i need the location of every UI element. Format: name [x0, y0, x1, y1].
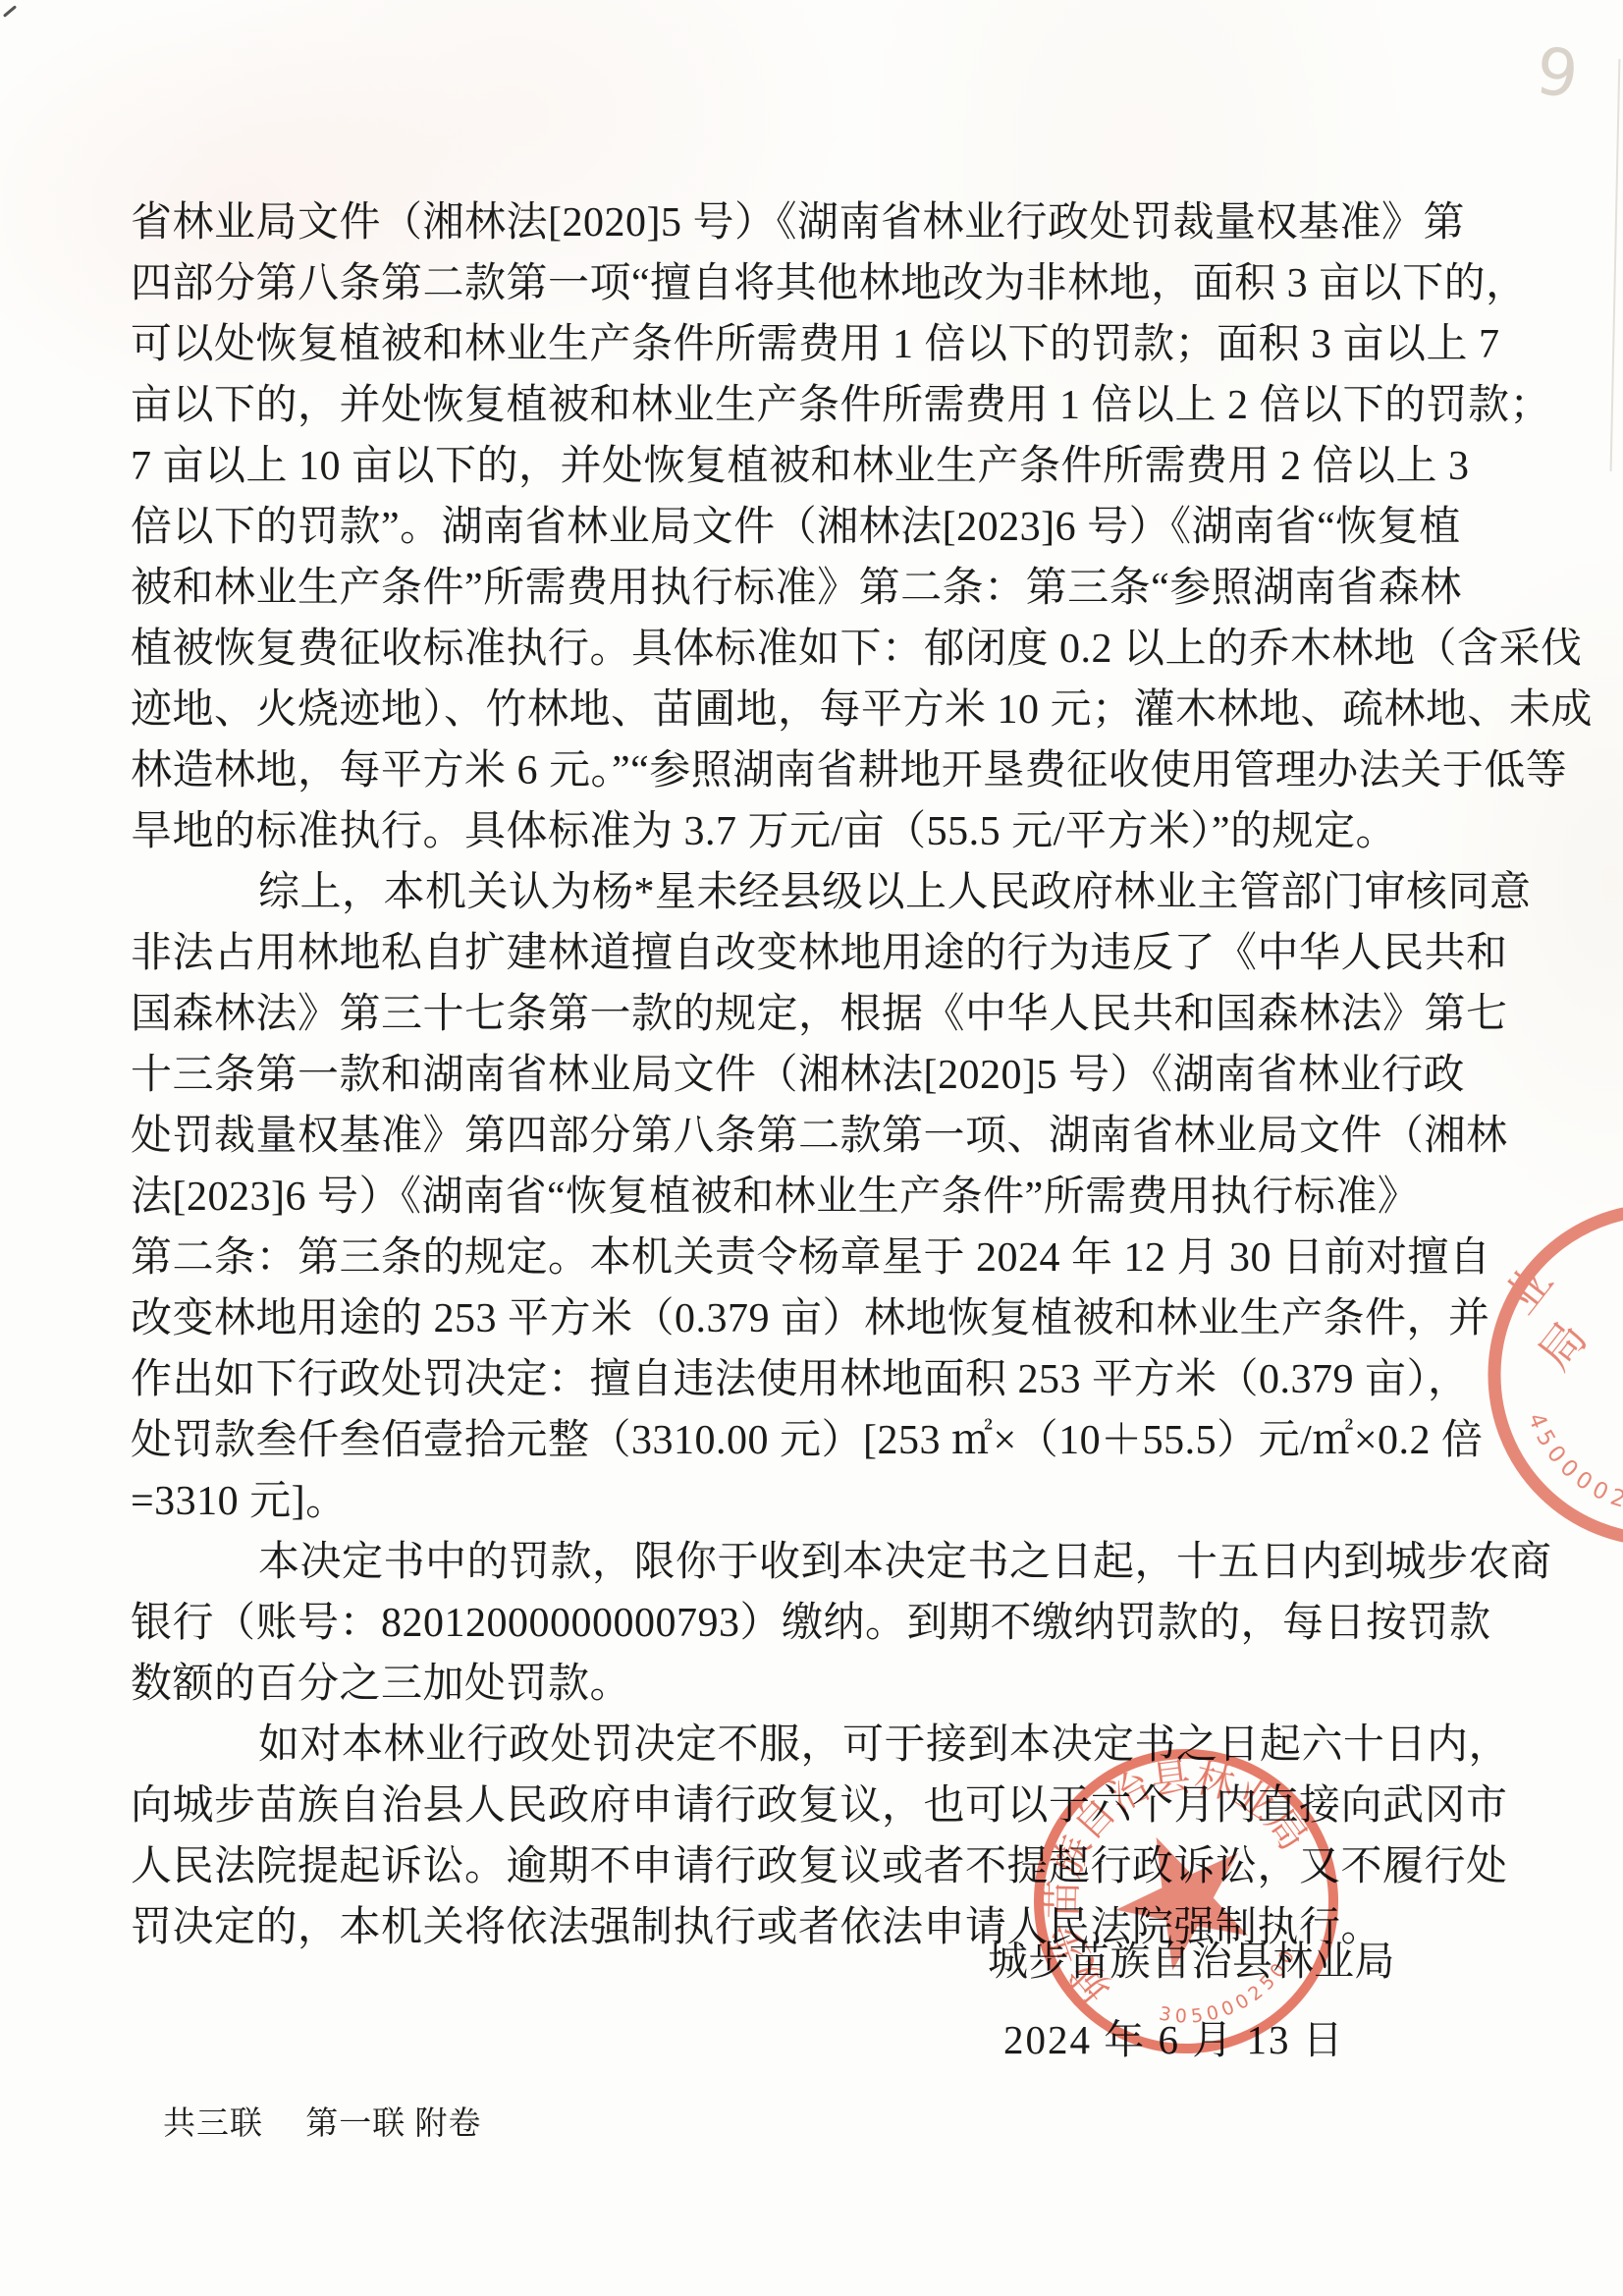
body-line: 7 亩以上 10 亩以下的，并处恢复植被和林业生产条件所需费用 2 倍以上 3	[131, 436, 1500, 497]
scan-corner-mark	[3, 5, 17, 18]
body-line: 可以处恢复植被和林业生产条件所需费用 1 倍以下的罚款；面积 3 亩以上 7	[131, 314, 1500, 375]
body-line: 综上，本机关认为杨*星未经县级以上人民政府林业主管部门审核同意	[131, 862, 1500, 923]
body-line: 林造林地，每平方米 6 元。”“参照湖南省耕地开垦费征收使用管理办法关于低等	[131, 740, 1500, 801]
issuing-authority-signature: 城步苗族自治县林业局	[988, 1929, 1395, 1987]
decision-date: 2024 年 6 月 13 日	[1003, 2007, 1345, 2065]
body-text: 省林业局文件（湘林法[2020]5 号）《湖南省林业行政处罚裁量权基准》第四部分…	[131, 192, 1500, 1958]
body-line: 处罚款叁仟叁佰壹拾元整（3310.00 元）[253 ㎡×（10＋55.5）元/…	[131, 1410, 1500, 1471]
body-line: 改变林地用途的 253 平方米（0.379 亩）林地恢复植被和林业生产条件，并	[131, 1288, 1500, 1349]
body-line: 处罚裁量权基准》第四部分第八条第二款第一项、湖南省林业局文件（湘林	[131, 1106, 1500, 1167]
body-line: 植被恢复费征收标准执行。具体标准如下：郁闭度 0.2 以上的乔木林地（含采伐	[131, 619, 1500, 680]
edge-seal-char-1: 业	[1495, 1257, 1563, 1324]
body-line: 第二条：第三条的规定。本机关责令杨章星于 2024 年 12 月 30 日前对擅…	[131, 1228, 1500, 1288]
body-line: 四部分第八条第二款第一项“擅自将其他林地改为非林地，面积 3 亩以下的，	[131, 253, 1500, 314]
scanned-document-page: 9 省林业局文件（湘林法[2020]5 号）《湖南省林业行政处罚裁量权基准》第四…	[0, 0, 1623, 2296]
body-line: 被和林业生产条件”所需费用执行标准》第二条：第三条“参照湖南省森林	[131, 558, 1500, 619]
edge-seal-char-2: 局	[1530, 1313, 1597, 1380]
body-line: 国森林法》第三十七条第一款的规定，根据《中华人民共和国森林法》第七	[131, 984, 1500, 1045]
body-line: 旱地的标准执行。具体标准为 3.7 万元/亩（55.5 元/平方米）”的规定。	[131, 801, 1500, 862]
body-line: 如对本林业行政处罚决定不服，可于接到本决定书之日起六十日内，	[131, 1715, 1500, 1776]
body-line: 人民法院提起诉讼。逾期不申请行政复议或者不提起行政诉讼，又不履行处	[131, 1836, 1500, 1897]
body-line: 省林业局文件（湘林法[2020]5 号）《湖南省林业行政处罚裁量权基准》第	[131, 192, 1500, 253]
page-edge-shadow	[1610, 59, 1621, 471]
body-line: 十三条第一款和湖南省林业局文件（湘林法[2020]5 号）《湖南省林业行政	[131, 1045, 1500, 1106]
handwritten-pencil-mark: 9	[1532, 33, 1582, 114]
body-line: 作出如下行政处罚决定：擅自违法使用林地面积 253 平方米（0.379 亩），	[131, 1349, 1500, 1410]
body-line: 迹地、火烧迹地）、竹林地、苗圃地，每平方米 10 元；灌木林地、疏林地、未成	[131, 680, 1500, 740]
body-line: 非法占用林地私自扩建林道擅自改变林地用途的行为违反了《中华人民共和	[131, 923, 1500, 984]
body-line: 银行（账号：82012000000000793）缴纳。到期不缴纳罚款的，每日按罚…	[131, 1593, 1500, 1654]
body-line: =3310 元]。	[131, 1471, 1500, 1532]
body-line: 本决定书中的罚款，限你于收到本决定书之日起，十五日内到城步农商	[131, 1532, 1500, 1593]
body-line: 向城步苗族自治县人民政府申请行政复议，也可以于六个月内直接向武冈市	[131, 1776, 1500, 1836]
copy-info-footer: 共三联 第一联 附卷	[163, 2098, 482, 2144]
body-line: 数额的百分之三加处罚款。	[131, 1654, 1500, 1715]
body-line: 亩以下的，并处恢复植被和林业生产条件所需费用 1 倍以上 2 倍以下的罚款；	[131, 375, 1500, 436]
body-line: 倍以下的罚款”。湖南省林业局文件（湘林法[2023]6 号）《湖南省“恢复植	[131, 497, 1500, 558]
body-line: 法[2023]6 号）《湖南省“恢复植被和林业生产条件”所需费用执行标准》	[131, 1167, 1500, 1228]
